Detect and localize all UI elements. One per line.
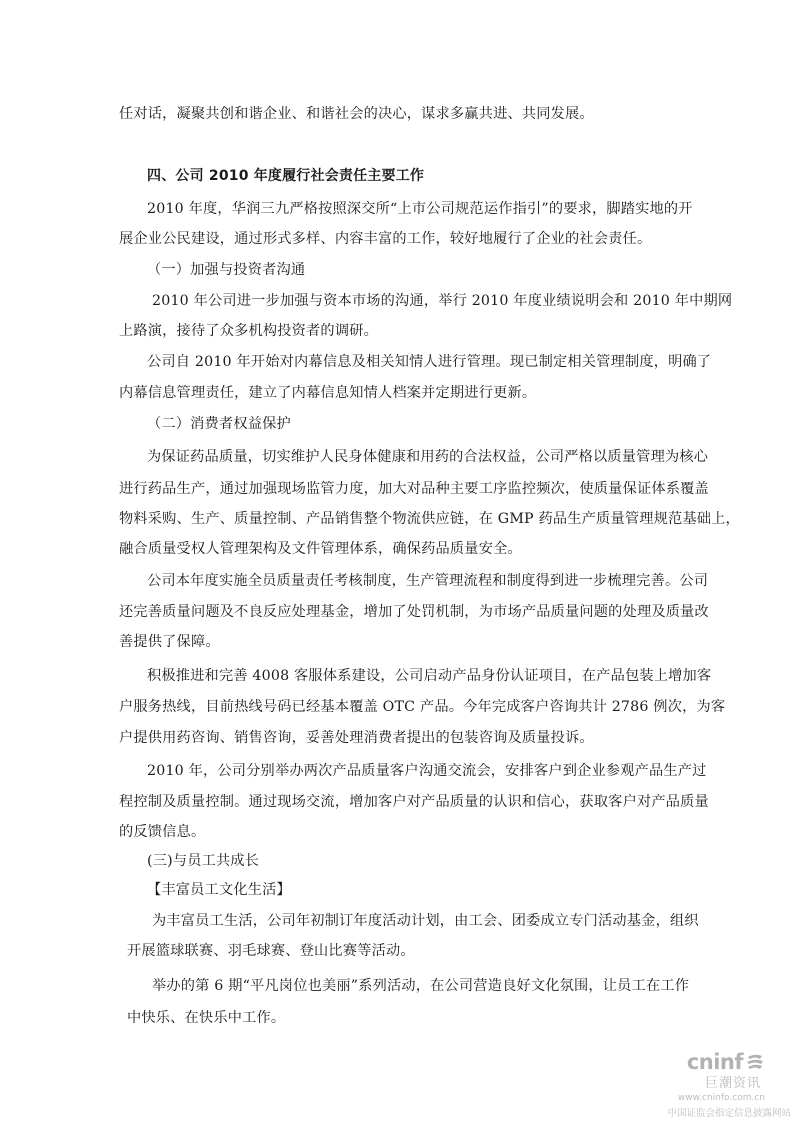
paragraph-line: 积极推进和完善 4008 客服体系建设，公司启动产品身份认证项目，在产品包装上增… [147,666,707,686]
paragraph-line: 还完善质量问题及不良反应处理基金，增加了处罚机制，为市场产品质量问题的处理及质量… [119,602,679,622]
watermark-description: 中国证监会指定信息披露网站 [655,1105,793,1119]
paragraph-line: 的反馈信息。 [119,822,679,842]
subsection-heading: （一）加强与投资者沟通 [147,260,707,280]
subsection-heading: (三)与员工共成长 [147,851,707,871]
paragraph-line: 任对话，凝聚共创和谐企业、和谐社会的决心，谋求多赢共进、共同发展。 [119,104,679,124]
paragraph-line: 善提供了保障。 [119,632,679,652]
paragraph-line: 2010 年，公司分别举办两次产品质量客户沟通交流会，安排客户到企业参观产品生产… [147,761,707,781]
subsection-heading: 【丰富员工文化生活】 [147,880,707,900]
paragraph-line: 上路演，接待了众多机构投资者的调研。 [119,321,679,341]
paragraph-line: 内幕信息管理责任，建立了内幕信息知情人档案并定期进行更新。 [119,383,679,403]
watermark-brand-cn: 巨潮资讯 [655,1072,793,1091]
paragraph-line: 户服务热线，目前热线号码已经基本覆盖 OTC 产品。今年完成客户咨询共计 278… [119,697,679,717]
subsection-heading: （二）消费者权益保护 [147,414,707,434]
paragraph-line: 中快乐、在快乐中工作。 [127,1008,687,1028]
paragraph-line: 开展篮球联赛、羽毛球赛、登山比赛等活动。 [127,941,687,961]
paragraph-line: 公司自 2010 年开始对内幕信息及相关知情人进行管理。现已制定相关管理制度，明… [147,352,707,372]
paragraph-line: 进行药品生产，通过加强现场监管力度，加大对品种主要工序监控频次，使质量保证体系覆… [119,479,679,499]
paragraph-line: 户提供用药咨询、销售咨询，妥善处理消费者提出的包装咨询及质量投诉。 [119,728,679,748]
cninfo-watermark: cninf 巨潮资讯 www.cninfo.com.cn 中国证监会指定信息披露… [655,1050,793,1122]
paragraph-line: 举办的第 6 期“平凡岗位也美丽”系列活动，在公司营造良好文化氛围，让员工在工作 [152,976,712,996]
paragraph-line: 程控制及质量控制。通过现场交流，增加客户对产品质量的认识和信心，获取客户对产品质… [119,792,679,812]
document-page: 任对话，凝聚共创和谐企业、和谐社会的决心，谋求多赢共进、共同发展。四、公司 20… [0,0,793,1122]
cninfo-logo-icon [745,1053,765,1071]
paragraph-line: 为丰富员工生活，公司年初制订年度活动计划，由工会、团委成立专门活动基金，组织 [152,911,712,931]
paragraph-line: 2010 年度，华润三九严格按照深交所“上市公司规范运作指引”的要求，脚踏实地的… [147,199,707,219]
paragraph-line: 为保证药品质量，切实维护人民身体健康和用药的合法权益，公司严格以质量管理为核心 [147,447,707,467]
paragraph-line: 公司本年度实施全员质量责任考核制度，生产管理流程和制度得到进一步梳理完善。公司 [147,571,707,591]
paragraph-line: 展企业公民建设，通过形式多样、内容丰富的工作，较好地履行了企业的社会责任。 [119,229,679,249]
paragraph-line: 融合质量受权人管理架构及文件管理体系，确保药品质量安全。 [119,539,679,559]
section-heading: 四、公司 2010 年度履行社会责任主要工作 [147,166,707,186]
paragraph-line: 物料采购、生产、质量控制、产品销售整个物流供应链，在 GMP 药品生产质量管理规… [119,509,679,529]
watermark-brand: cninf [687,1050,743,1074]
watermark-url: www.cninfo.com.cn [655,1093,793,1103]
paragraph-line: 2010 年公司进一步加强与资本市场的沟通，举行 2010 年度业绩说明会和 2… [152,291,712,311]
